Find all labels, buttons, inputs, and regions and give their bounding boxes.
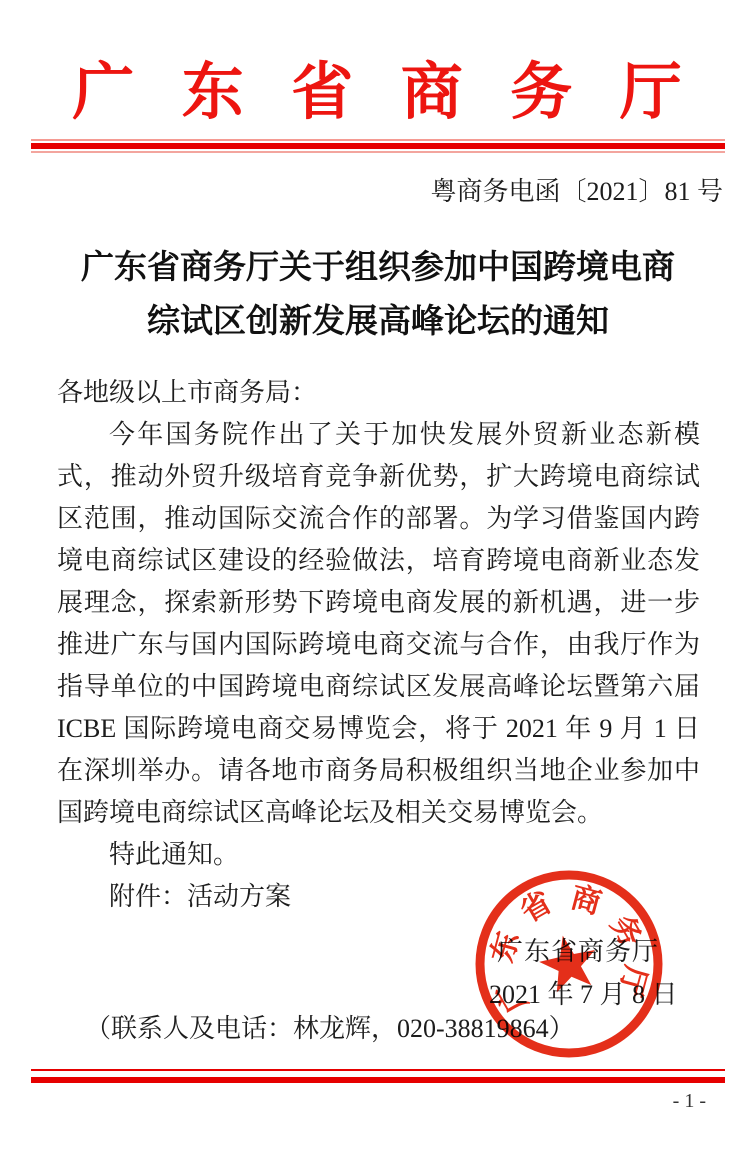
official-seal: 广 东 省 商 务 厅 [469, 864, 669, 1064]
seal-char: 商 [567, 880, 605, 921]
seal-star-icon [535, 930, 602, 995]
salutation: 各地级以上市商务局： [57, 372, 700, 414]
seal-char: 东 [486, 928, 526, 966]
doc-number: 粤商务电函〔2021〕81 号 [430, 171, 723, 208]
footer-divider-thin [31, 1069, 725, 1071]
document-body: 各地级以上市商务局： 今年国务院作出了关于加快发展外贸新业态新模式，推动外贸升级… [57, 372, 700, 918]
footer-divider-thick [31, 1077, 725, 1083]
header-divider-thick [31, 143, 725, 149]
agency-letterhead: 广 东 省 商 务 厅 [0, 42, 756, 131]
page-number: - 1 - [673, 1090, 706, 1113]
title-line-2: 综试区创新发展高峰论坛的通知 [0, 295, 756, 349]
document-page: 广 东 省 商 务 厅 粤商务电函〔2021〕81 号 广东省商务厅关于组织参加… [0, 0, 756, 1162]
title-line-1: 广东省商务厅关于组织参加中国跨境电商 [0, 241, 756, 295]
header-divider [31, 139, 725, 153]
document-title: 广东省商务厅关于组织参加中国跨境电商 综试区创新发展高峰论坛的通知 [0, 241, 756, 349]
header-divider-thin-bottom [31, 151, 725, 153]
seal-char: 厅 [612, 962, 652, 1000]
body-paragraph: 今年国务院作出了关于加快发展外贸新业态新模式，推动外贸升级培育竞争新优势，扩大跨… [57, 414, 700, 834]
footer-divider [31, 1069, 725, 1083]
header-divider-thin-top [31, 139, 725, 141]
